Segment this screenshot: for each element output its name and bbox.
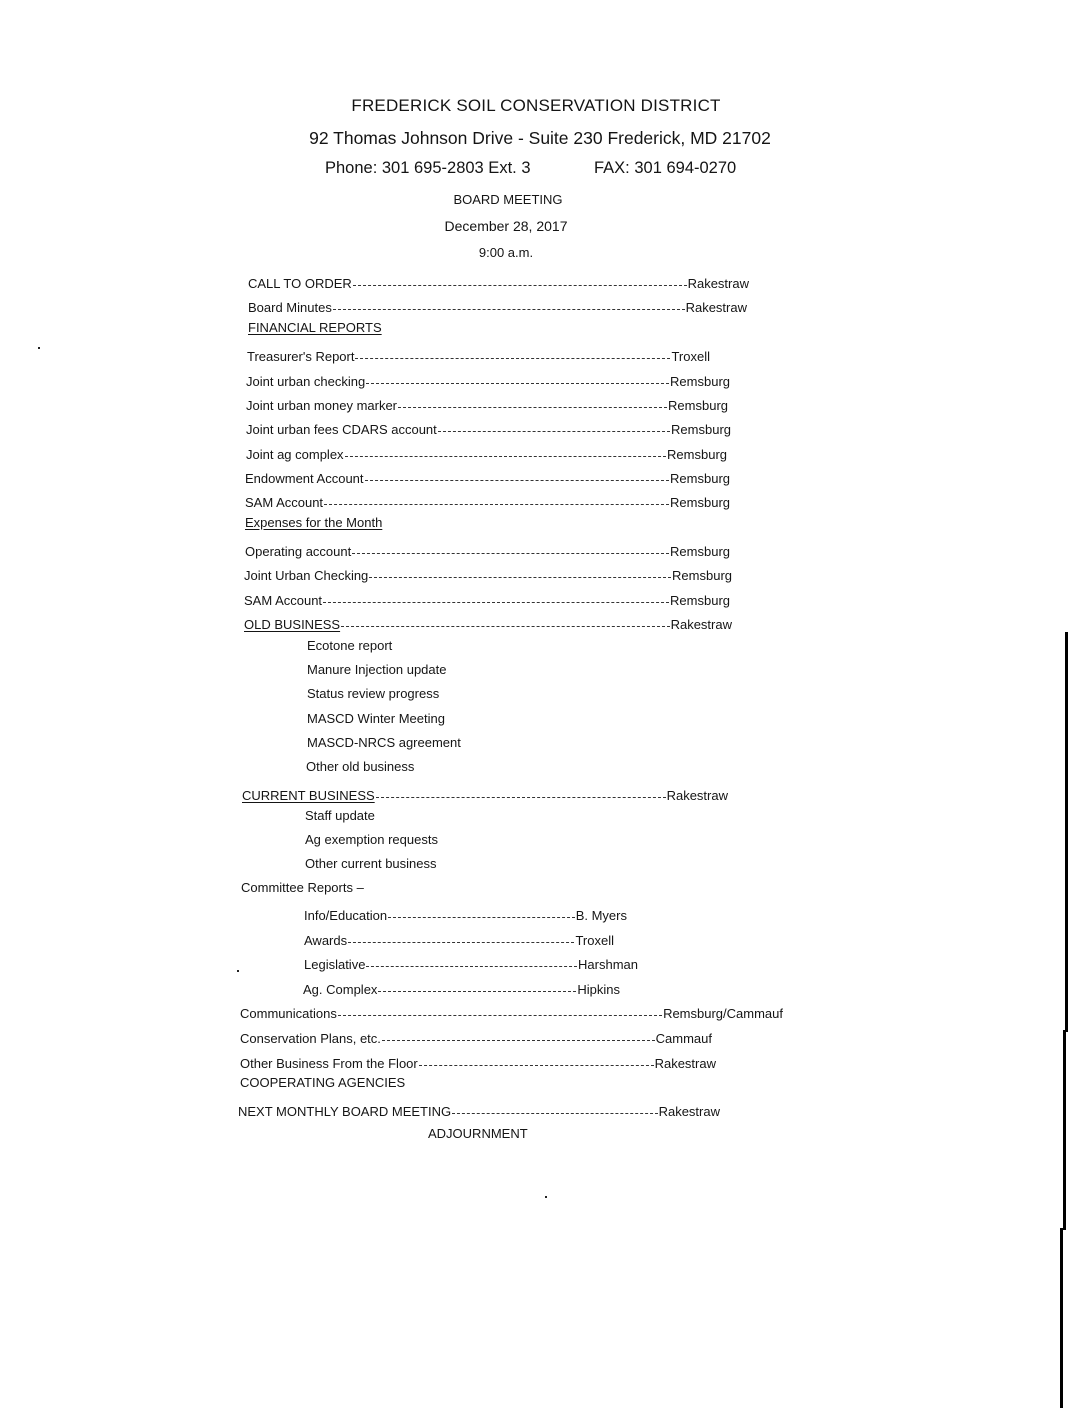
agenda-item: Joint ag complex Remsburg <box>246 442 727 462</box>
agenda-item-label: Communications <box>240 1006 337 1021</box>
current-business-subitem: Staff update <box>305 808 375 823</box>
dotted-leader <box>355 358 670 359</box>
agenda-item-label: Treasurer's Report <box>247 349 354 364</box>
scan-speck <box>545 1196 547 1198</box>
agenda-item: Operating account Remsburg <box>245 539 730 559</box>
dotted-leader <box>382 1040 655 1041</box>
dotted-leader <box>353 285 687 286</box>
adjournment: ADJOURNMENT <box>428 1126 528 1141</box>
agenda-item-label: Operating account <box>245 544 351 559</box>
old-business-subitem: Ecotone report <box>307 638 392 653</box>
agenda-item: Treasurer's Report Troxell <box>247 344 710 364</box>
agenda-item-label: Info/Education <box>304 908 387 923</box>
agenda-item-owner: Remsburg <box>670 374 730 389</box>
phone-number: Phone: 301 695-2803 Ext. 3 <box>325 159 531 178</box>
agenda-item-label: Joint urban fees CDARS account <box>246 422 437 437</box>
agenda-item-label: Other Business From the Floor <box>240 1056 418 1071</box>
agenda-item-conservation-plans: Conservation Plans, etc. Cammauf <box>240 1026 712 1046</box>
agenda-item-label: Board Minutes <box>248 300 332 315</box>
old-business-subitem: MASCD Winter Meeting <box>307 711 445 726</box>
dotted-leader <box>365 480 670 481</box>
agenda-item-owner: Rakestraw <box>659 1104 720 1119</box>
old-business-subitem: Status review progress <box>307 686 439 701</box>
agenda-item-communications: Communications Remsburg/Cammauf <box>240 1001 783 1021</box>
old-business-subitem: MASCD-NRCS agreement <box>307 735 461 750</box>
meeting-date: December 28, 2017 <box>0 218 1050 234</box>
dotted-leader <box>323 602 669 603</box>
agenda-item-label: Endowment Account <box>245 471 364 486</box>
agenda-item-owner: Hipkins <box>577 982 620 997</box>
scan-edge-line <box>1065 632 1068 1032</box>
agenda-item-label: Joint Urban Checking <box>244 568 368 583</box>
agenda-item: Joint urban money marker Remsburg <box>246 393 728 413</box>
agenda-item-old-business: OLD BUSINESS Rakestraw <box>244 612 732 632</box>
dotted-leader <box>452 1113 657 1114</box>
agenda-item-owner: Rakestraw <box>667 788 728 803</box>
meeting-type: BOARD MEETING <box>0 192 1052 207</box>
scan-speck <box>38 347 40 349</box>
agenda-item-owner: Cammauf <box>656 1031 712 1046</box>
agenda-item-owner: Troxell <box>575 933 614 948</box>
agenda-item-owner: Rakestraw <box>688 276 749 291</box>
agenda-item-label: CALL TO ORDER <box>248 276 352 291</box>
dotted-leader <box>438 431 670 432</box>
agenda-item-label: Awards <box>304 933 347 948</box>
section-heading-old-business: OLD BUSINESS <box>244 617 340 632</box>
agenda-item-owner: Rakestraw <box>671 617 732 632</box>
agenda-item-call-to-order: CALL TO ORDER Rakestraw <box>248 271 749 291</box>
dotted-leader <box>324 504 669 505</box>
agenda-item-owner: Rakestraw <box>655 1056 716 1071</box>
agenda-item-owner: Remsburg/Cammauf <box>663 1006 783 1021</box>
agenda-item-label: Conservation Plans, etc. <box>240 1031 381 1046</box>
agenda-item-label: Ag. Complex <box>303 982 377 997</box>
committee-report-item: Awards Troxell <box>304 928 614 948</box>
section-heading-committee-reports: Committee Reports – <box>241 880 364 895</box>
meeting-time: 9:00 a.m. <box>0 245 1050 260</box>
dotted-leader <box>388 917 575 918</box>
agenda-item: Endowment Account Remsburg <box>245 466 730 486</box>
dotted-leader <box>341 626 669 627</box>
organization-name: FREDERICK SOIL CONSERVATION DISTRICT <box>0 96 1080 116</box>
agenda-item-label: Legislative <box>304 957 365 972</box>
agenda-item-owner: Remsburg <box>670 471 730 486</box>
section-heading-financial-reports: FINANCIAL REPORTS <box>248 320 382 335</box>
dotted-leader <box>352 553 669 554</box>
agenda-item: Joint urban fees CDARS account Remsburg <box>246 417 731 437</box>
dotted-leader <box>419 1065 654 1066</box>
scan-speck <box>237 970 239 972</box>
agenda-item-owner: Remsburg <box>668 398 728 413</box>
agenda-item-current-business: CURRENT BUSINESS Rakestraw <box>242 783 728 803</box>
scanned-agenda-page: FREDERICK SOIL CONSERVATION DISTRICT 92 … <box>0 0 1088 1408</box>
agenda-item-label: SAM Account <box>245 495 323 510</box>
committee-report-item: Legislative Harshman <box>304 952 638 972</box>
dotted-leader <box>366 966 577 967</box>
agenda-item: Joint urban checking Remsburg <box>246 369 730 389</box>
committee-report-item: Info/Education B. Myers <box>304 903 627 923</box>
agenda-item-owner: Remsburg <box>667 447 727 462</box>
agenda-item-owner: B. Myers <box>576 908 627 923</box>
scan-edge-line <box>1063 1030 1066 1230</box>
dotted-leader <box>348 942 574 943</box>
agenda-item-owner: Rakestraw <box>686 300 747 315</box>
agenda-item-owner: Remsburg <box>672 568 732 583</box>
agenda-item-label: Joint urban checking <box>246 374 365 389</box>
section-heading-expenses: Expenses for the Month <box>245 515 382 530</box>
fax-number: FAX: 301 694-0270 <box>594 159 736 178</box>
agenda-item: SAM Account Remsburg <box>244 588 730 608</box>
current-business-subitem: Other current business <box>305 856 437 871</box>
agenda-item-owner: Remsburg <box>670 495 730 510</box>
agenda-item-label: SAM Account <box>244 593 322 608</box>
agenda-item-owner: Remsburg <box>670 544 730 559</box>
agenda-item-owner: Troxell <box>671 349 710 364</box>
agenda-item: SAM Account Remsburg <box>245 490 730 510</box>
agenda-item-owner: Remsburg <box>670 593 730 608</box>
dotted-leader <box>376 797 666 798</box>
agenda-item-owner: Remsburg <box>671 422 731 437</box>
dotted-leader <box>366 383 669 384</box>
agenda-item-next-meeting: NEXT MONTHLY BOARD MEETING Rakestraw <box>238 1099 720 1119</box>
agenda-item-label: Joint ag complex <box>246 447 344 462</box>
current-business-subitem: Ag exemption requests <box>305 832 438 847</box>
agenda-item-label: NEXT MONTHLY BOARD MEETING <box>238 1104 451 1119</box>
organization-address: 92 Thomas Johnson Drive - Suite 230 Fred… <box>0 128 1084 149</box>
dotted-leader <box>338 1015 662 1016</box>
old-business-subitem: Manure Injection update <box>307 662 446 677</box>
dotted-leader <box>369 577 671 578</box>
dotted-leader <box>398 407 667 408</box>
committee-report-item: Ag. Complex Hipkins <box>303 977 620 997</box>
scan-edge-line <box>1060 1228 1063 1408</box>
agenda-item-other-business: Other Business From the Floor Rakestraw <box>240 1051 716 1071</box>
section-heading-cooperating-agencies: COOPERATING AGENCIES <box>240 1075 405 1090</box>
dotted-leader <box>378 991 576 992</box>
agenda-item-owner: Harshman <box>578 957 638 972</box>
old-business-subitem: Other old business <box>306 759 414 774</box>
dotted-leader <box>333 309 685 310</box>
agenda-item: Joint Urban Checking Remsburg <box>244 563 732 583</box>
section-heading-current-business: CURRENT BUSINESS <box>242 788 375 803</box>
dotted-leader <box>345 456 666 457</box>
agenda-item-board-minutes: Board Minutes Rakestraw <box>248 295 747 315</box>
agenda-item-label: Joint urban money marker <box>246 398 397 413</box>
